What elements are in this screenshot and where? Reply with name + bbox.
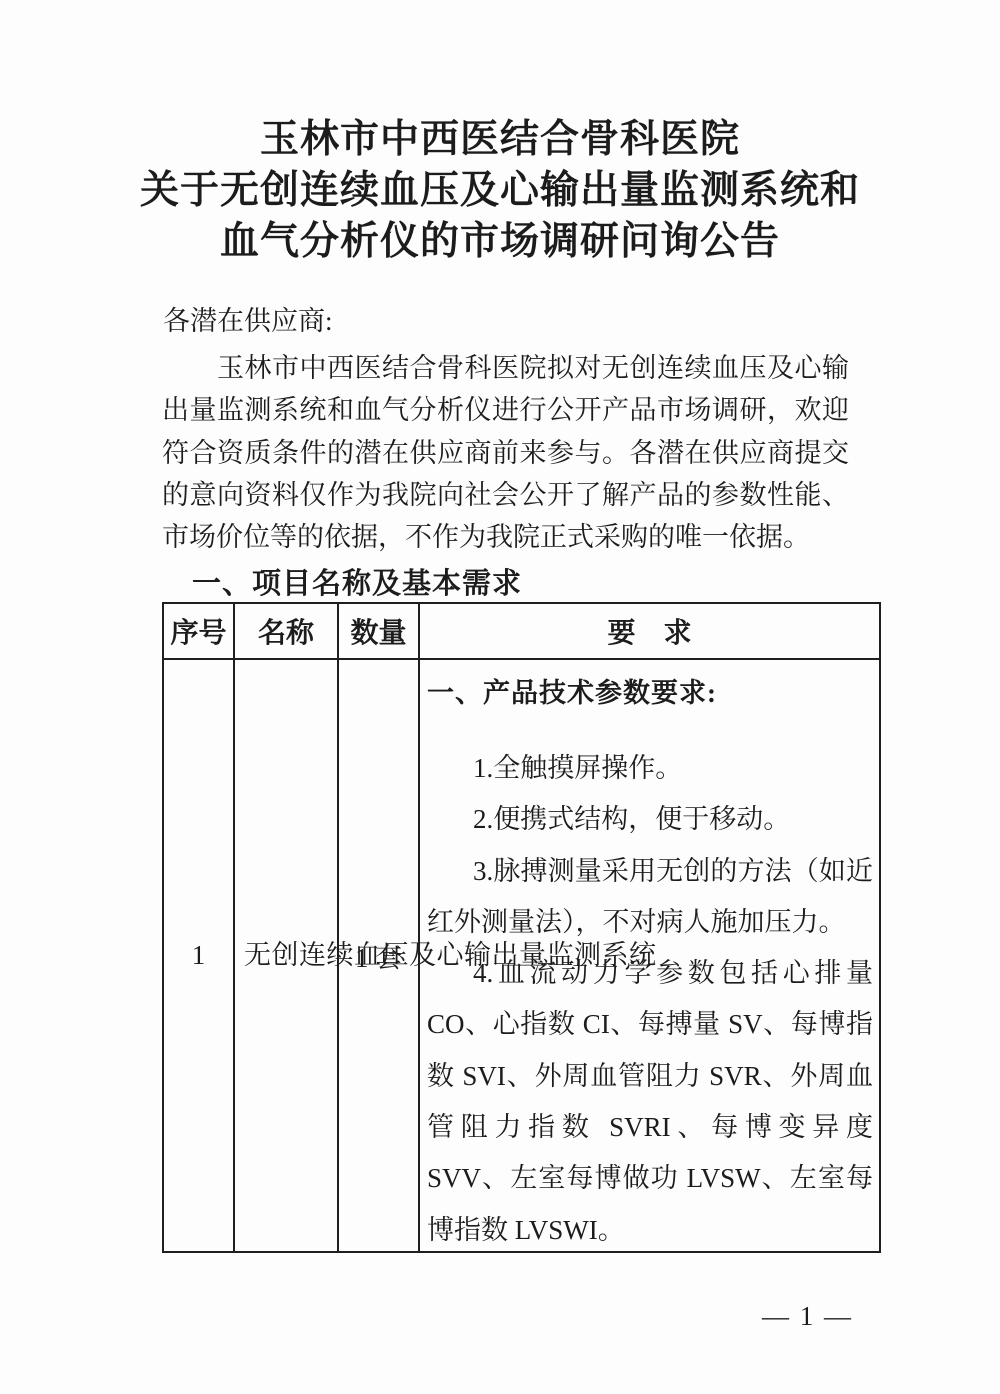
table-header-requirements: 要 求	[420, 604, 879, 660]
requirements-heading: 一、产品技术参数要求:	[427, 668, 873, 719]
section-heading: 一、项目名称及基本需求	[192, 561, 522, 602]
requirements-cell: 一、产品技术参数要求: 1.全触摸屏操作。2.便携式结构，便于移动。3.脉搏测量…	[420, 660, 879, 1251]
page-number: — 1 —	[762, 1301, 853, 1332]
document-title-line: 关于无创连续血压及心输出量监测系统和	[0, 165, 1000, 216]
table-header-name: 名称	[235, 604, 339, 660]
equipment-name: 无创连续血压及心输出量监测系统	[244, 940, 328, 971]
table-header-quantity: 数量	[339, 604, 420, 660]
table-header-serial: 序号	[164, 604, 235, 660]
document-title-line: 血气分析仪的市场调研问询公告	[0, 216, 1000, 267]
requirements-table: 序号 名称 数量 要 求 1 无创连续血压及心输出量监测系统 1 套 一、产品技…	[162, 602, 881, 1253]
requirement-line: 3.脉搏测量采用无创的方法（如近红外测量法），不对病人施加压力。	[427, 846, 873, 949]
requirement-line: 2.便携式结构，便于移动。	[427, 794, 873, 845]
serial-cell: 1	[164, 660, 235, 1251]
salutation-text: 各潜在供应商:	[163, 303, 333, 339]
document-page: 玉林市中西医结合骨科医院关于无创连续血压及心输出量监测系统和血气分析仪的市场调研…	[0, 0, 1000, 1394]
requirement-line: 4.血流动力学参数包括心排量 CO、心指数 CI、每搏量 SV、每博指数 SVI…	[427, 948, 873, 1251]
document-title-line: 玉林市中西医结合骨科医院	[0, 114, 1000, 165]
document-title: 玉林市中西医结合骨科医院关于无创连续血压及心输出量监测系统和血气分析仪的市场调研…	[0, 114, 1000, 267]
name-cell: 无创连续血压及心输出量监测系统	[235, 660, 339, 1251]
requirements-list: 1.全触摸屏操作。2.便携式结构，便于移动。3.脉搏测量采用无创的方法（如近红外…	[427, 743, 873, 1251]
intro-paragraph: 玉林市中西医结合骨科医院拟对无创连续血压及心输出量监测系统和血气分析仪进行公开产…	[162, 347, 849, 558]
requirement-line: 1.全触摸屏操作。	[427, 743, 873, 794]
quantity-cell: 1 套	[339, 660, 420, 1251]
